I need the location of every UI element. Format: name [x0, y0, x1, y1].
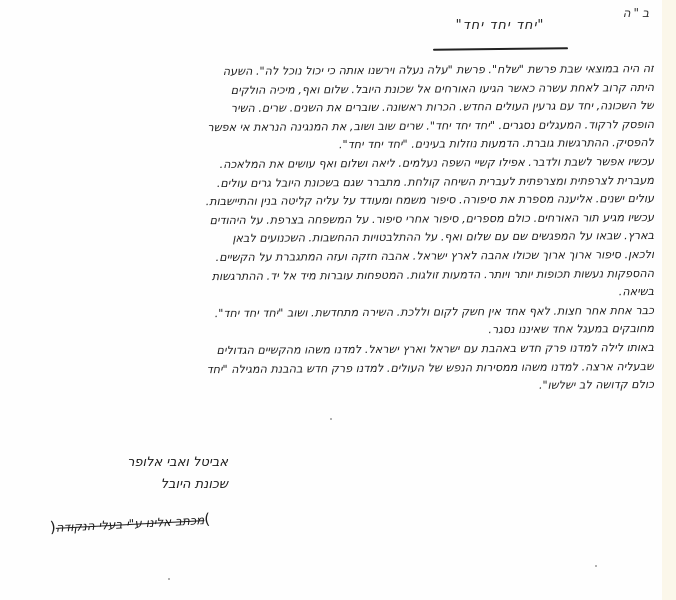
signature-block: אביטל ואבי אלופר שכונת היובל: [118, 452, 228, 496]
letter-body: זה היה במוצאי שבת פרשת "שלח". פרשת "עלה …: [14, 60, 654, 395]
signature-names: אביטל ואבי אלופר: [118, 452, 228, 474]
struck-note: )מכתב אלינו ע"י בעלי הנקודה(: [40, 509, 221, 536]
scan-speck: [330, 418, 332, 420]
struck-note-text: מכתב אלינו ע"י בעלי הנקודה: [55, 513, 204, 535]
title-underline: [433, 47, 568, 50]
paren-open: ): [204, 510, 211, 528]
signature-location: שכונת היובל: [118, 474, 228, 496]
page-edge: [662, 0, 676, 600]
letter-title: "יחד יחד יחד": [430, 18, 570, 33]
handwritten-letter-page: ב"ה "יחד יחד יחד" זה היה במוצאי שבת פרשת…: [0, 0, 676, 600]
page-mark: ב"ה: [623, 6, 652, 20]
text-line: כולם קדושה לב ישלשו".: [14, 376, 654, 399]
scan-speck: [595, 565, 597, 567]
scan-speck: [168, 578, 170, 580]
